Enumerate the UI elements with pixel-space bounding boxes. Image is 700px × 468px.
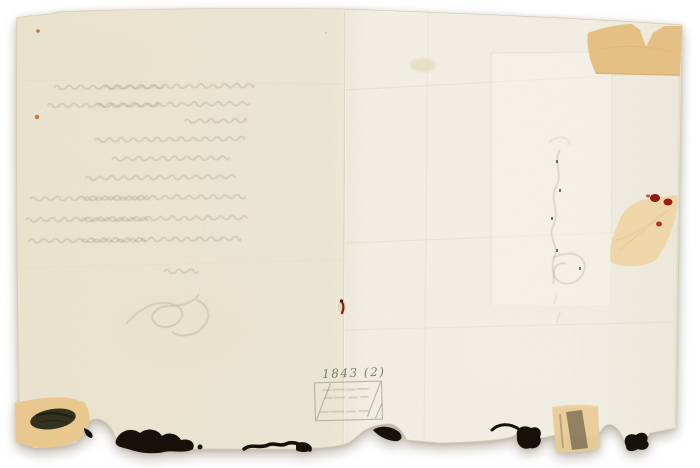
tape-bottom-left [15,397,93,447]
tape-top-right [587,24,682,76]
date-annotation: 1843 (2) [322,365,386,381]
rust-spot [35,115,39,119]
rust-spot [36,29,40,33]
address-panel-showthrough [491,52,612,305]
red-seal-mark-center [338,299,346,315]
letter-photo-canvas: 1843 (2) [0,0,700,468]
letter-paper: 1843 (2) [0,0,700,468]
letter-photograph: 1843 (2) [0,0,700,468]
tape-bottom-center [552,405,600,453]
